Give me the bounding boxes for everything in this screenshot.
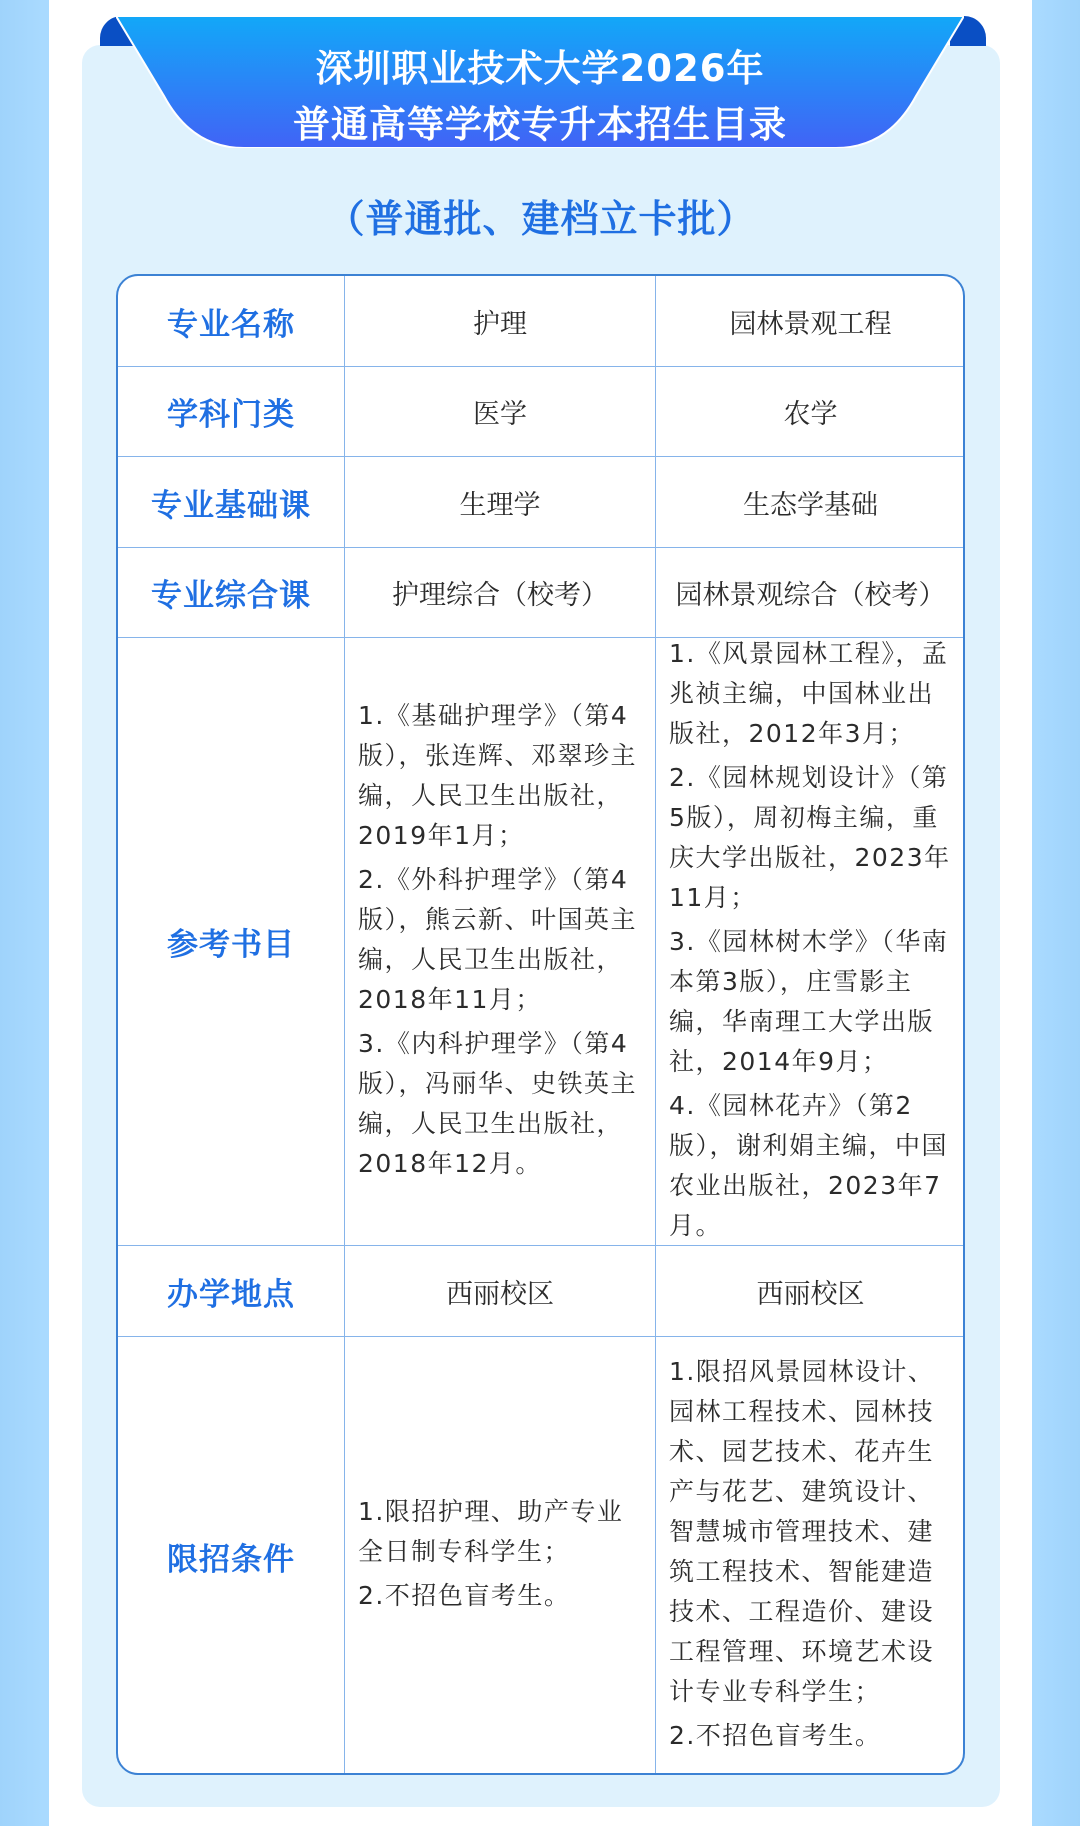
landscape-value: 园林景观工程 <box>730 302 892 341</box>
nursing-reference-list: 1.《基础护理学》（第4版），张连辉、邓翠珍主编，人民卫生出版社，2019年1月… <box>345 696 655 1188</box>
nursing-value: 医学 <box>473 392 527 431</box>
row-label: 专业基础课 <box>151 480 311 525</box>
nursing-restriction-list: 1.限招护理、助产专业全日制专科学生； 2.不招色盲考生。 <box>345 1492 655 1620</box>
list-item: 1.《风景园林工程》，孟兆祯主编，中国林业出版社，2012年3月； <box>669 634 953 754</box>
table-row-reference-books: 参考书目 1.《基础护理学》（第4版），张连辉、邓翠珍主编，人民卫生出版社，20… <box>118 638 963 1246</box>
table-row-discipline: 学科门类 医学 农学 <box>118 367 963 457</box>
list-item: 1.限招护理、助产专业全日制专科学生； <box>358 1492 643 1572</box>
table-row-location: 办学地点 西丽校区 西丽校区 <box>118 1246 963 1337</box>
nursing-value: 生理学 <box>460 483 541 522</box>
nursing-value: 护理 <box>473 302 527 341</box>
row-label: 限招条件 <box>167 1534 295 1579</box>
catalog-table: 专业名称 护理 园林景观工程 学科门类 医学 农学 专业基础课 生理学 生态学基… <box>116 274 965 1775</box>
list-item: 1.《基础护理学》（第4版），张连辉、邓翠珍主编，人民卫生出版社，2019年1月… <box>358 696 643 856</box>
list-item: 3.《园林树木学》（华南本第3版），庄雪影主编，华南理工大学出版社，2014年9… <box>669 922 953 1082</box>
list-item: 4.《园林花卉》（第2版），谢利娟主编，中国农业出版社，2023年7月。 <box>669 1086 953 1246</box>
nursing-value: 西丽校区 <box>446 1272 554 1311</box>
nursing-value: 护理综合（校考） <box>392 573 608 612</box>
landscape-reference-list: 1.《风景园林工程》，孟兆祯主编，中国林业出版社，2012年3月； 2.《园林规… <box>656 634 965 1250</box>
landscape-value: 生态学基础 <box>743 483 878 522</box>
landscape-restriction-list: 1.限招风景园林设计、园林工程技术、园林技术、园艺技术、花卉生产与花艺、建筑设计… <box>656 1352 965 1760</box>
list-item: 1.限招风景园林设计、园林工程技术、园林技术、园艺技术、花卉生产与花艺、建筑设计… <box>669 1352 953 1712</box>
row-label: 参考书目 <box>167 919 295 964</box>
row-label: 办学地点 <box>167 1269 295 1314</box>
landscape-value: 西丽校区 <box>757 1272 865 1311</box>
table-row-basic-course: 专业基础课 生理学 生态学基础 <box>118 457 963 548</box>
title-line-2: 普通高等学校专升本招生目录 <box>116 94 964 148</box>
title-line-1: 深圳职业技术大学2026年 <box>116 38 964 92</box>
landscape-value: 农学 <box>784 392 838 431</box>
row-label: 学科门类 <box>167 389 295 434</box>
list-item: 2.《外科护理学》（第4版），熊云新、叶国英主编，人民卫生出版社，2018年11… <box>358 860 643 1020</box>
title-banner: 深圳职业技术大学2026年 普通高等学校专升本招生目录 <box>116 16 964 148</box>
table-row-major-name: 专业名称 护理 园林景观工程 <box>118 276 963 367</box>
list-item: 2.《园林规划设计》（第5版），周初梅主编，重庆大学出版社，2023年11月； <box>669 758 953 918</box>
list-item: 2.不招色盲考生。 <box>358 1576 643 1616</box>
row-label: 专业综合课 <box>151 570 311 615</box>
list-item: 2.不招色盲考生。 <box>669 1716 953 1756</box>
table-row-comprehensive-course: 专业综合课 护理综合（校考） 园林景观综合（校考） <box>118 548 963 638</box>
landscape-value: 园林景观综合（校考） <box>676 573 946 612</box>
batch-subtitle: （普通批、建档立卡批） <box>82 188 1000 243</box>
table-row-restrictions: 限招条件 1.限招护理、助产专业全日制专科学生； 2.不招色盲考生。 1.限招风… <box>118 1337 963 1775</box>
list-item: 3.《内科护理学》（第4版），冯丽华、史铁英主编，人民卫生出版社，2018年12… <box>358 1024 643 1184</box>
row-label: 专业名称 <box>167 299 295 344</box>
